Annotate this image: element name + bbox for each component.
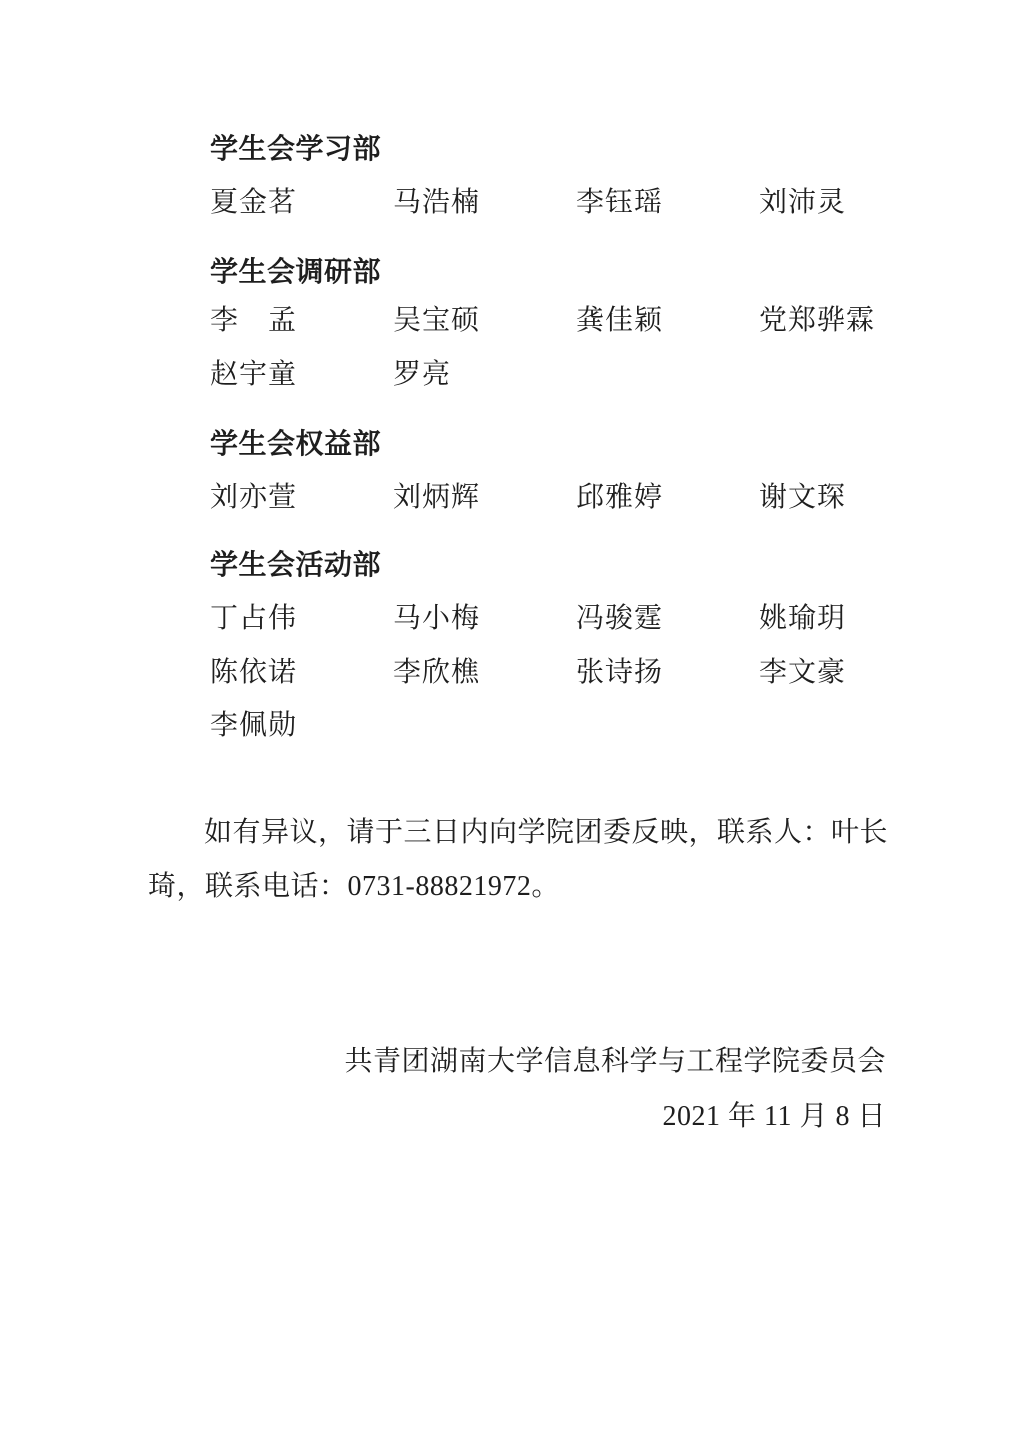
member-name: 张诗扬 xyxy=(576,659,759,687)
member-name: 龚佳颖 xyxy=(576,307,759,335)
member-name: 李钰瑶 xyxy=(576,189,759,217)
member-name: 罗亮 xyxy=(393,361,451,389)
section-heading-activity-dept: 学生会活动部 xyxy=(210,552,381,580)
document-page: 学生会学习部 夏金茗 马浩楠 李钰瑶 刘沛灵 学生会调研部 李 孟 吴宝硕 龚佳… xyxy=(0,0,1024,1448)
member-name: 刘炳辉 xyxy=(393,484,576,512)
member-name: 赵宇童 xyxy=(210,361,393,389)
section-heading-rights-dept: 学生会权益部 xyxy=(210,431,381,459)
member-name: 李文豪 xyxy=(759,659,846,687)
signature-block: 共青团湖南大学信息科学与工程学院委员会 2021 年 11 月 8 日 xyxy=(0,1034,886,1144)
name-row: 赵宇童 罗亮 xyxy=(210,361,451,389)
member-name: 李佩勋 xyxy=(210,712,297,740)
name-row: 夏金茗 马浩楠 李钰瑶 刘沛灵 xyxy=(210,189,846,217)
member-name: 谢文琛 xyxy=(759,484,846,512)
member-name: 刘沛灵 xyxy=(759,189,846,217)
member-name: 吴宝硕 xyxy=(393,307,576,335)
member-name: 马浩楠 xyxy=(393,189,576,217)
name-row: 李佩勋 xyxy=(210,712,297,740)
name-row: 陈依诺 李欣樵 张诗扬 李文豪 xyxy=(210,659,846,687)
name-row: 丁占伟 马小梅 冯骏霆 姚瑜玥 xyxy=(210,605,846,633)
section-heading-research-dept: 学生会调研部 xyxy=(210,259,381,287)
member-name: 邱雅婷 xyxy=(576,484,759,512)
member-name: 党郑骅霖 xyxy=(759,307,875,335)
member-name: 夏金茗 xyxy=(210,189,393,217)
issue-date: 2021 年 11 月 8 日 xyxy=(0,1089,886,1144)
objection-notice: 如有异议，请于三日内向学院团委反映，联系人：叶长琦，联系电话：0731-8882… xyxy=(148,806,888,914)
member-name: 姚瑜玥 xyxy=(759,605,846,633)
member-name: 丁占伟 xyxy=(210,605,393,633)
member-name: 李欣樵 xyxy=(393,659,576,687)
issuing-organization: 共青团湖南大学信息科学与工程学院委员会 xyxy=(0,1034,886,1089)
member-name: 刘亦萱 xyxy=(210,484,393,512)
member-name: 马小梅 xyxy=(393,605,576,633)
member-name: 冯骏霆 xyxy=(576,605,759,633)
member-name: 陈依诺 xyxy=(210,659,393,687)
member-name: 李 孟 xyxy=(210,307,393,335)
name-row: 刘亦萱 刘炳辉 邱雅婷 谢文琛 xyxy=(210,484,846,512)
section-heading-study-dept: 学生会学习部 xyxy=(210,136,381,164)
name-row: 李 孟 吴宝硕 龚佳颖 党郑骅霖 xyxy=(210,307,875,335)
